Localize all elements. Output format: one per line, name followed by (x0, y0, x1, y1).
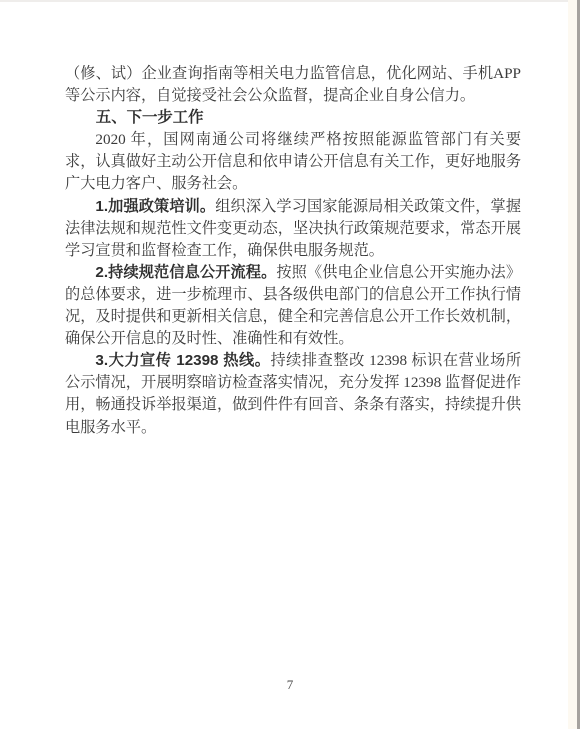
paragraph-item-1: 1.加强政策培训。组织深入学习国家能源局相关政策文件，掌握法律法规和规范性文件变… (65, 196, 521, 262)
section-heading: 五、下一步工作 (65, 107, 521, 129)
paragraph-intro: 2020 年，国网南通公司将继续严格按照能源监管部门有关要求，认真做好主动公开信… (65, 129, 521, 195)
item-lead: 1.加强政策培训。 (95, 198, 215, 215)
document-page: { "content": { "continuation": "（修、试）企业查… (0, 0, 580, 729)
paragraph-text: 2020 年，国网南通公司将继续严格按照能源监管部门有关要求，认真做好主动公开信… (65, 131, 521, 192)
scan-cream-strip (568, 0, 577, 729)
item-lead: 3.大力宣传 12398 热线。 (95, 352, 270, 369)
page-number: 7 (0, 677, 580, 693)
paragraph-text: （修、试）企业查询指南等相关电力监管信息，优化网站、手机APP 等公示内容，自觉… (65, 65, 521, 104)
paragraph-item-2: 2.持续规范信息公开流程。按照《供电企业信息公开实施办法》的总体要求，进一步梳理… (65, 262, 521, 350)
scan-top-edge (0, 0, 580, 2)
document-body: （修、试）企业查询指南等相关电力监管信息，优化网站、手机APP 等公示内容，自觉… (65, 63, 521, 439)
paragraph-item-3: 3.大力宣传 12398 热线。持续排查整改 12398 标识在营业场所公示情况… (65, 350, 521, 438)
item-lead: 2.持续规范信息公开流程。 (95, 264, 276, 281)
paragraph-continuation: （修、试）企业查询指南等相关电力监管信息，优化网站、手机APP 等公示内容，自觉… (65, 63, 521, 107)
